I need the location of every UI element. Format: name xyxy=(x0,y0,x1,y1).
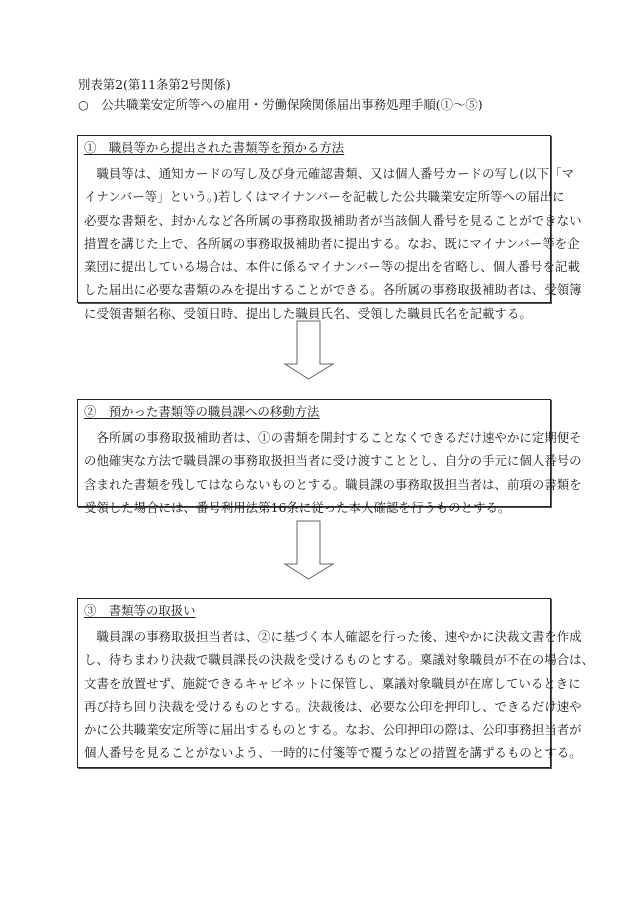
step-3-line: 個人番号を見ることがないよう、一時的に付箋等で覆うなどの措置を講ずるものとする。 xyxy=(84,741,545,764)
appendix-label: 別表第2(第11条第2号関係) xyxy=(78,76,231,94)
step-3-body: 職員課の事務取扱担当者は、②に基づく本人確認を行った後、速やかに決裁文書を作成 … xyxy=(84,625,545,765)
step-1-line: した届出に必要な書類のみを提出することができる。各所属の事務取扱補助者は、受領簿 xyxy=(84,278,545,301)
step-3-line: 文書を放置せず、施錠できるキャビネットに保管し、稟議対象職員が在席しているときに xyxy=(84,672,545,695)
step-1-line: 必要な書類を、封かんなど各所属の事務取扱補助者が当該個人番号を見ることができない xyxy=(84,209,545,232)
down-arrow-icon xyxy=(283,320,335,382)
step-2-line: 含まれた書類を残してはならないものとする。職員課の事務取扱担当者は、前項の書類を xyxy=(84,473,545,496)
step-3-line: かに公共職業安定所等に届出するものとする。なお、公印押印の際は、公印事務担当者が xyxy=(84,718,545,741)
step-1-body: 職員等は、通知カードの写し及び身元確認書類、又は個人番号カードの写し(以下「マ … xyxy=(84,162,545,325)
step-3-box: ③ 書類等の取扱い 職員課の事務取扱担当者は、②に基づく本人確認を行った後、速や… xyxy=(77,598,551,768)
step-1-heading: ① 職員等から提出された書類等を預かる方法 xyxy=(84,139,545,157)
step-2-heading: ② 預かった書類等の職員課への移動方法 xyxy=(84,403,545,421)
step-1-line: 職員等は、通知カードの写し及び身元確認書類、又は個人番号カードの写し(以下「マ xyxy=(84,162,545,185)
step-1-line: 業団に提出している場合は、本件に係るマイナンバー等の提出を省略し、個人番号を記載 xyxy=(84,255,545,278)
step-1-box: ① 職員等から提出された書類等を預かる方法 職員等は、通知カードの写し及び身元確… xyxy=(77,135,551,303)
step-3-line: 再び持ち回り決裁を受けるものとする。決裁後は、必要な公印を押印し、できるだけ速や xyxy=(84,695,545,718)
down-arrow-icon xyxy=(283,520,335,582)
step-3-heading: ③ 書類等の取扱い xyxy=(84,602,545,620)
step-2-line: 各所属の事務取扱補助者は、①の書類を開封することなくできるだけ速やかに定期便そ xyxy=(84,426,545,449)
document-title: ○ 公共職業安定所等への雇用・労働保険関係届出事務処理手順(①～⑤) xyxy=(78,96,483,114)
step-3-line: 職員課の事務取扱担当者は、②に基づく本人確認を行った後、速やかに決裁文書を作成 xyxy=(84,625,545,648)
step-2-box: ② 預かった書類等の職員課への移動方法 各所属の事務取扱補助者は、①の書類を開封… xyxy=(77,399,551,507)
step-1-line: イナンバー等」という。)若しくはマイナンバーを記載した公共職業安定所等への届出に xyxy=(84,185,545,208)
step-1-line: 措置を講じた上で、各所属の事務取扱補助者に提出する。なお、既にマイナンバー等を企 xyxy=(84,232,545,255)
step-3-line: し、待ちまわり決裁で職員課長の決裁を受けるものとする。稟議対象職員が不在の場合は… xyxy=(84,648,545,671)
step-2-line: 受領した場合には、番号利用法第16条に従った本人確認を行うものとする。 xyxy=(84,496,545,519)
step-2-body: 各所属の事務取扱補助者は、①の書類を開封することなくできるだけ速やかに定期便そ … xyxy=(84,426,545,519)
step-2-line: の他確実な方法で職員課の事務取扱担当者に受け渡すこととし、自分の手元に個人番号の xyxy=(84,449,545,472)
